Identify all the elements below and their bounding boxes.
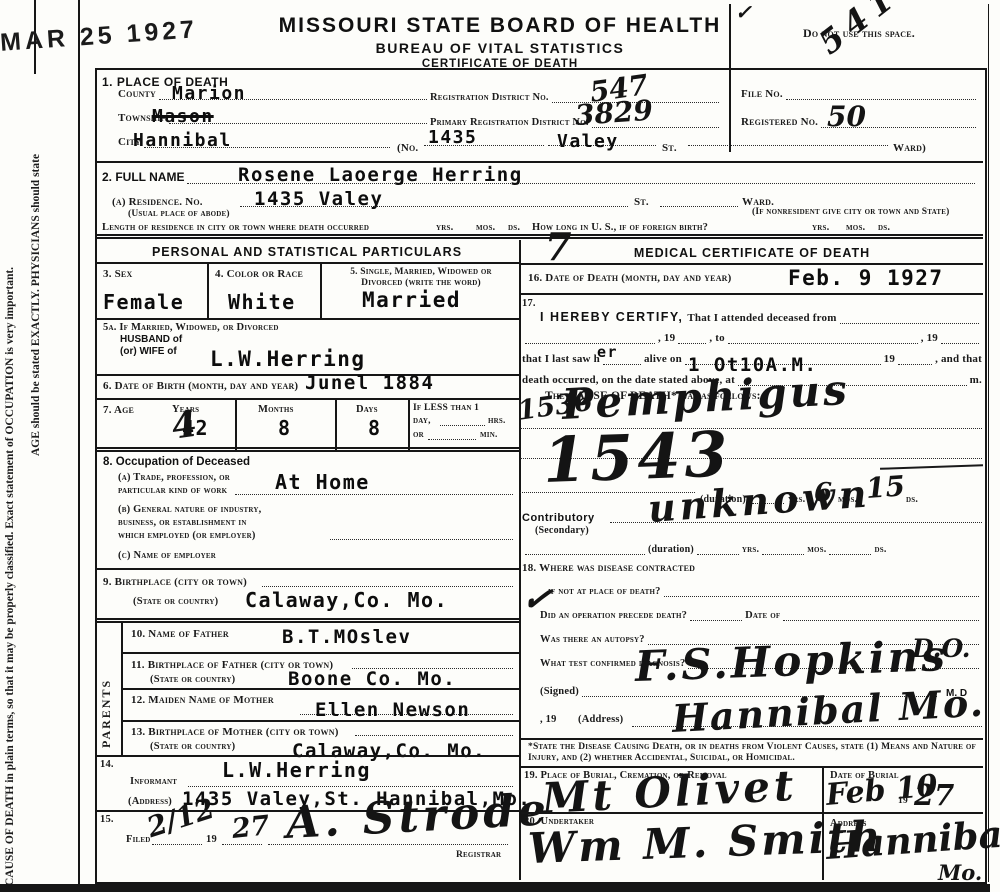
rule xyxy=(121,688,519,690)
leader xyxy=(330,539,513,540)
rule xyxy=(95,398,519,400)
leader xyxy=(678,333,706,344)
informant-label: Informant xyxy=(130,776,177,787)
leader xyxy=(428,439,476,440)
medical-section-title: MEDICAL CERTIFICATE OF DEATH xyxy=(520,246,984,260)
leader xyxy=(898,354,932,365)
dob-label: 6. Date of Birth (month, day and year) xyxy=(103,380,298,392)
dob-value: Junel 1884 xyxy=(305,372,434,394)
township-value: Mason xyxy=(152,106,214,127)
full-name-label: 2. FULL NAME xyxy=(102,170,184,184)
duration2-ds: ds. xyxy=(874,544,886,555)
personal-section-title: PERSONAL AND STATISTICAL PARTICULARS xyxy=(95,245,519,259)
street-st-label: St. xyxy=(662,142,677,154)
operation-label: Did an operation precede death? xyxy=(540,610,687,621)
row1-bottom-rule xyxy=(95,161,983,163)
certify-andthat: , and that xyxy=(935,353,982,365)
age-hrs-label: hrs. xyxy=(488,416,506,426)
age-cell-divider xyxy=(335,400,337,450)
leader xyxy=(525,544,645,555)
leader xyxy=(783,610,979,621)
certify-alive: alive on xyxy=(644,353,682,365)
column-divider xyxy=(519,240,521,880)
filed-label: Filed xyxy=(126,834,151,845)
certify-bold: I HEREBY CERTIFY, xyxy=(540,310,683,324)
row2-bottom-rule xyxy=(95,234,983,239)
if-not-label: if not at place of death? xyxy=(548,586,661,597)
date-of-death-label: 16. Date of Death (month, day and year) xyxy=(528,272,732,284)
burial-19-label: 19 xyxy=(898,796,908,806)
cell-divider xyxy=(320,264,322,318)
residence-value: 1435 Valey xyxy=(254,188,383,210)
leader xyxy=(235,494,513,495)
leader xyxy=(941,333,979,344)
father-name-value: B.T.MOslev xyxy=(282,626,411,648)
date-of-death-value: Feb. 9 1927 xyxy=(788,266,944,290)
residence-label: (a) Residence. No. xyxy=(112,196,203,208)
registrar-label: Registrar xyxy=(456,850,501,860)
leader xyxy=(440,425,485,426)
rule xyxy=(519,263,983,265)
occupation-a-label2: particular kind of work xyxy=(118,485,227,496)
spouse-label2: HUSBAND of xyxy=(120,334,182,345)
received-date-stamp: MAR 25 1927 xyxy=(0,15,199,58)
margin-note-outer: CAUSE OF DEATH in plain terms, so that i… xyxy=(4,64,16,886)
county-line: County xyxy=(118,88,430,100)
spouse-label3: (or) WIFE of xyxy=(120,346,177,357)
duration2-label: (duration) xyxy=(648,544,694,555)
nonresident-note: (If nonresident give city or town and St… xyxy=(752,207,949,217)
autopsy-label: Was there an autopsy? xyxy=(540,634,645,645)
duration2-yrs: yrs. xyxy=(742,544,759,555)
marital-value: Married xyxy=(362,288,461,312)
page-right-edge xyxy=(988,4,989,882)
leader xyxy=(762,544,804,555)
birthplace-label: 9. Birthplace (city or town) xyxy=(103,576,247,588)
leader xyxy=(152,844,202,845)
leader xyxy=(664,586,979,597)
filed-num: 15. xyxy=(100,814,114,825)
full-name-value: Rosene Laoerge Herring xyxy=(238,164,523,186)
rule xyxy=(521,812,822,814)
certify-from: That I attended deceased from xyxy=(687,312,836,324)
age-months-header: Months xyxy=(258,404,294,415)
physician-address-label: (Address) xyxy=(578,714,623,725)
margin-note-inner: AGE should be stated EXACTLY. PHYSICIANS… xyxy=(30,64,42,456)
leader xyxy=(829,544,871,555)
comma-19-label: , 19 xyxy=(540,714,557,725)
cell-divider xyxy=(207,264,209,318)
physician-signature-suffix: D.O. xyxy=(912,634,971,663)
rule xyxy=(519,293,983,295)
filed-year-value: 27 xyxy=(230,810,271,845)
full-name-line: 2. FULL NAME xyxy=(102,170,978,184)
disease-contracted-label: 18. Where was disease contracted xyxy=(522,562,695,574)
occupation-a-label1: (a) Trade, profession, or xyxy=(118,472,230,483)
undertaker-address-extra: Mo. xyxy=(938,860,982,885)
certify-num: 17. xyxy=(522,298,536,309)
abode-note: (Usual place of abode) xyxy=(128,209,230,219)
leader xyxy=(355,735,513,736)
rule xyxy=(519,738,983,740)
burial-year-value: 27 xyxy=(914,778,954,812)
father-name-label: 10. Name of Father xyxy=(131,628,229,640)
marital-label2: Divorced (write the word) xyxy=(326,278,516,288)
mother-name-label: 12. Maiden Name of Mother xyxy=(131,694,274,706)
leader xyxy=(728,333,918,344)
primary-registration-value: 3829 xyxy=(574,94,654,132)
certify-er-overlay: er xyxy=(597,343,618,361)
form-header: MISSOURI STATE BOARD OF HEALTH BUREAU OF… xyxy=(250,14,750,70)
occupation-title: 8. Occupation of Deceased xyxy=(103,456,250,468)
certify-m: m. xyxy=(970,374,982,386)
death-certificate-scan: CAUSE OF DEATH in plain terms, so that i… xyxy=(0,0,1000,892)
row7-bottom-rule xyxy=(95,447,519,452)
yrs-label-1: yrs. xyxy=(436,222,453,233)
city-value: Hannibal xyxy=(133,130,232,151)
leader xyxy=(697,544,739,555)
mother-birthplace-label: 13. Birthplace of Mother (city or town) xyxy=(131,726,339,738)
spouse-label: 5a. If Married, Widowed, or Divorced xyxy=(103,322,279,333)
leader xyxy=(188,786,513,787)
row9-bottom-rule xyxy=(95,618,519,623)
certify-saw: that I last saw h xyxy=(522,353,600,365)
registration-district-label: Registration District No. xyxy=(430,92,549,103)
informant-value: L.W.Herring xyxy=(222,758,371,782)
residence-st-label: St. xyxy=(634,196,649,208)
rule xyxy=(95,318,519,320)
leader xyxy=(660,206,738,207)
spouse-value: L.W.Herring xyxy=(210,347,366,371)
certify-line2: , 19 , to , 19 xyxy=(522,332,982,344)
race-label: 4. Color or Race xyxy=(215,268,303,280)
leader xyxy=(525,333,655,344)
check-mark: ✓ xyxy=(735,0,752,24)
duration2-line: (duration) yrs. mos. ds. xyxy=(522,544,982,555)
contributory-sub-label: (Secondary) xyxy=(535,525,589,536)
certify-19b: , 19 xyxy=(921,332,938,344)
sex-label: 3. Sex xyxy=(103,268,132,280)
duration-ds-label: ds. xyxy=(906,494,918,505)
occupation-b-label3: which employed (or employer) xyxy=(118,530,256,541)
occupation-c-label: (c) Name of employer xyxy=(118,550,216,561)
father-birthplace-state-label: (State or country) xyxy=(150,674,235,685)
duration-ds-value: 15 xyxy=(865,469,906,505)
age-or-label: or xyxy=(413,430,424,440)
ward-label: Ward) xyxy=(893,142,926,154)
mos-label-1: mos. xyxy=(476,222,495,233)
leader xyxy=(840,313,979,324)
mos-label-2: mos. xyxy=(846,222,865,233)
age-months-value: 8 xyxy=(278,416,292,440)
certify-to: , to xyxy=(709,332,724,344)
margin-rule xyxy=(78,0,80,884)
sex-value: Female xyxy=(103,290,184,314)
age-label: 7. Age xyxy=(103,404,134,416)
county-value: Marion xyxy=(172,83,246,104)
rule xyxy=(95,262,519,264)
house-no-label: (No. xyxy=(397,142,418,154)
informant-num: 14. xyxy=(100,759,114,770)
house-no-value: 1435 xyxy=(428,127,477,148)
age-min-label: min. xyxy=(480,430,498,440)
leader xyxy=(222,844,262,845)
parents-bottom-rule xyxy=(95,755,519,757)
yrs-label-2: yrs. xyxy=(812,222,829,233)
leader xyxy=(262,586,513,587)
certify-19c: 19 xyxy=(884,353,895,365)
rule xyxy=(121,720,519,722)
ds-label-1: ds. xyxy=(508,222,520,233)
age-less-label2: day, xyxy=(413,416,431,426)
leader xyxy=(688,145,888,146)
certify-19a: , 19 xyxy=(658,332,675,344)
if-not-line: if not at place of death? xyxy=(548,586,982,597)
birthplace-value: Calaway,Co. Mo. xyxy=(245,588,448,612)
length-residence-label: Length of residence in city or town wher… xyxy=(102,222,369,233)
contributory-label: Contributory xyxy=(522,512,595,524)
signed-label: (Signed) xyxy=(540,686,579,697)
marital-label: 5. Single, Married, Widowed or xyxy=(326,267,516,277)
age-cell-divider xyxy=(235,400,237,450)
parents-label: PARENTS xyxy=(99,638,114,748)
header-line2: BUREAU OF VITAL STATISTICS xyxy=(250,40,750,56)
filed-19-label: 19 xyxy=(206,834,217,845)
operation-line: Did an operation precede death? Date of xyxy=(540,610,982,621)
parents-divider xyxy=(121,623,123,757)
rule xyxy=(121,652,519,654)
certify-line1: I HEREBY CERTIFY, That I attended deceas… xyxy=(540,310,982,324)
date-of-label: Date of xyxy=(745,610,780,621)
race-value: White xyxy=(228,290,296,314)
mother-name-value: Ellen Newson xyxy=(315,699,470,721)
street-value: Valey xyxy=(557,131,619,152)
occupation-b-label1: (b) General nature of industry, xyxy=(118,504,261,515)
ds-label-2: ds. xyxy=(878,222,890,233)
age-days-header: Days xyxy=(356,404,378,415)
occupation-a-value: At Home xyxy=(275,470,370,494)
father-birthplace-value: Boone Co. Mo. xyxy=(288,668,456,690)
county-label: County xyxy=(118,88,156,100)
header-line1: MISSOURI STATE BOARD OF HEALTH xyxy=(250,14,750,38)
scan-bottom-bar xyxy=(0,884,990,892)
age-days-value: 8 xyxy=(368,416,382,440)
age-cell-divider xyxy=(408,400,410,450)
occupation-b-label2: business, or establishment in xyxy=(118,517,247,528)
rule xyxy=(95,568,519,570)
leader xyxy=(690,610,742,621)
birthplace-state-label: (State or country) xyxy=(133,596,218,607)
duration2-mos: mos. xyxy=(807,544,826,555)
cause-footnote: *State the Disease Causing Death, or in … xyxy=(528,742,976,765)
mother-birthplace-state-label: (State or country) xyxy=(150,741,235,752)
age-less-label1: If LESS than 1 xyxy=(413,403,479,413)
